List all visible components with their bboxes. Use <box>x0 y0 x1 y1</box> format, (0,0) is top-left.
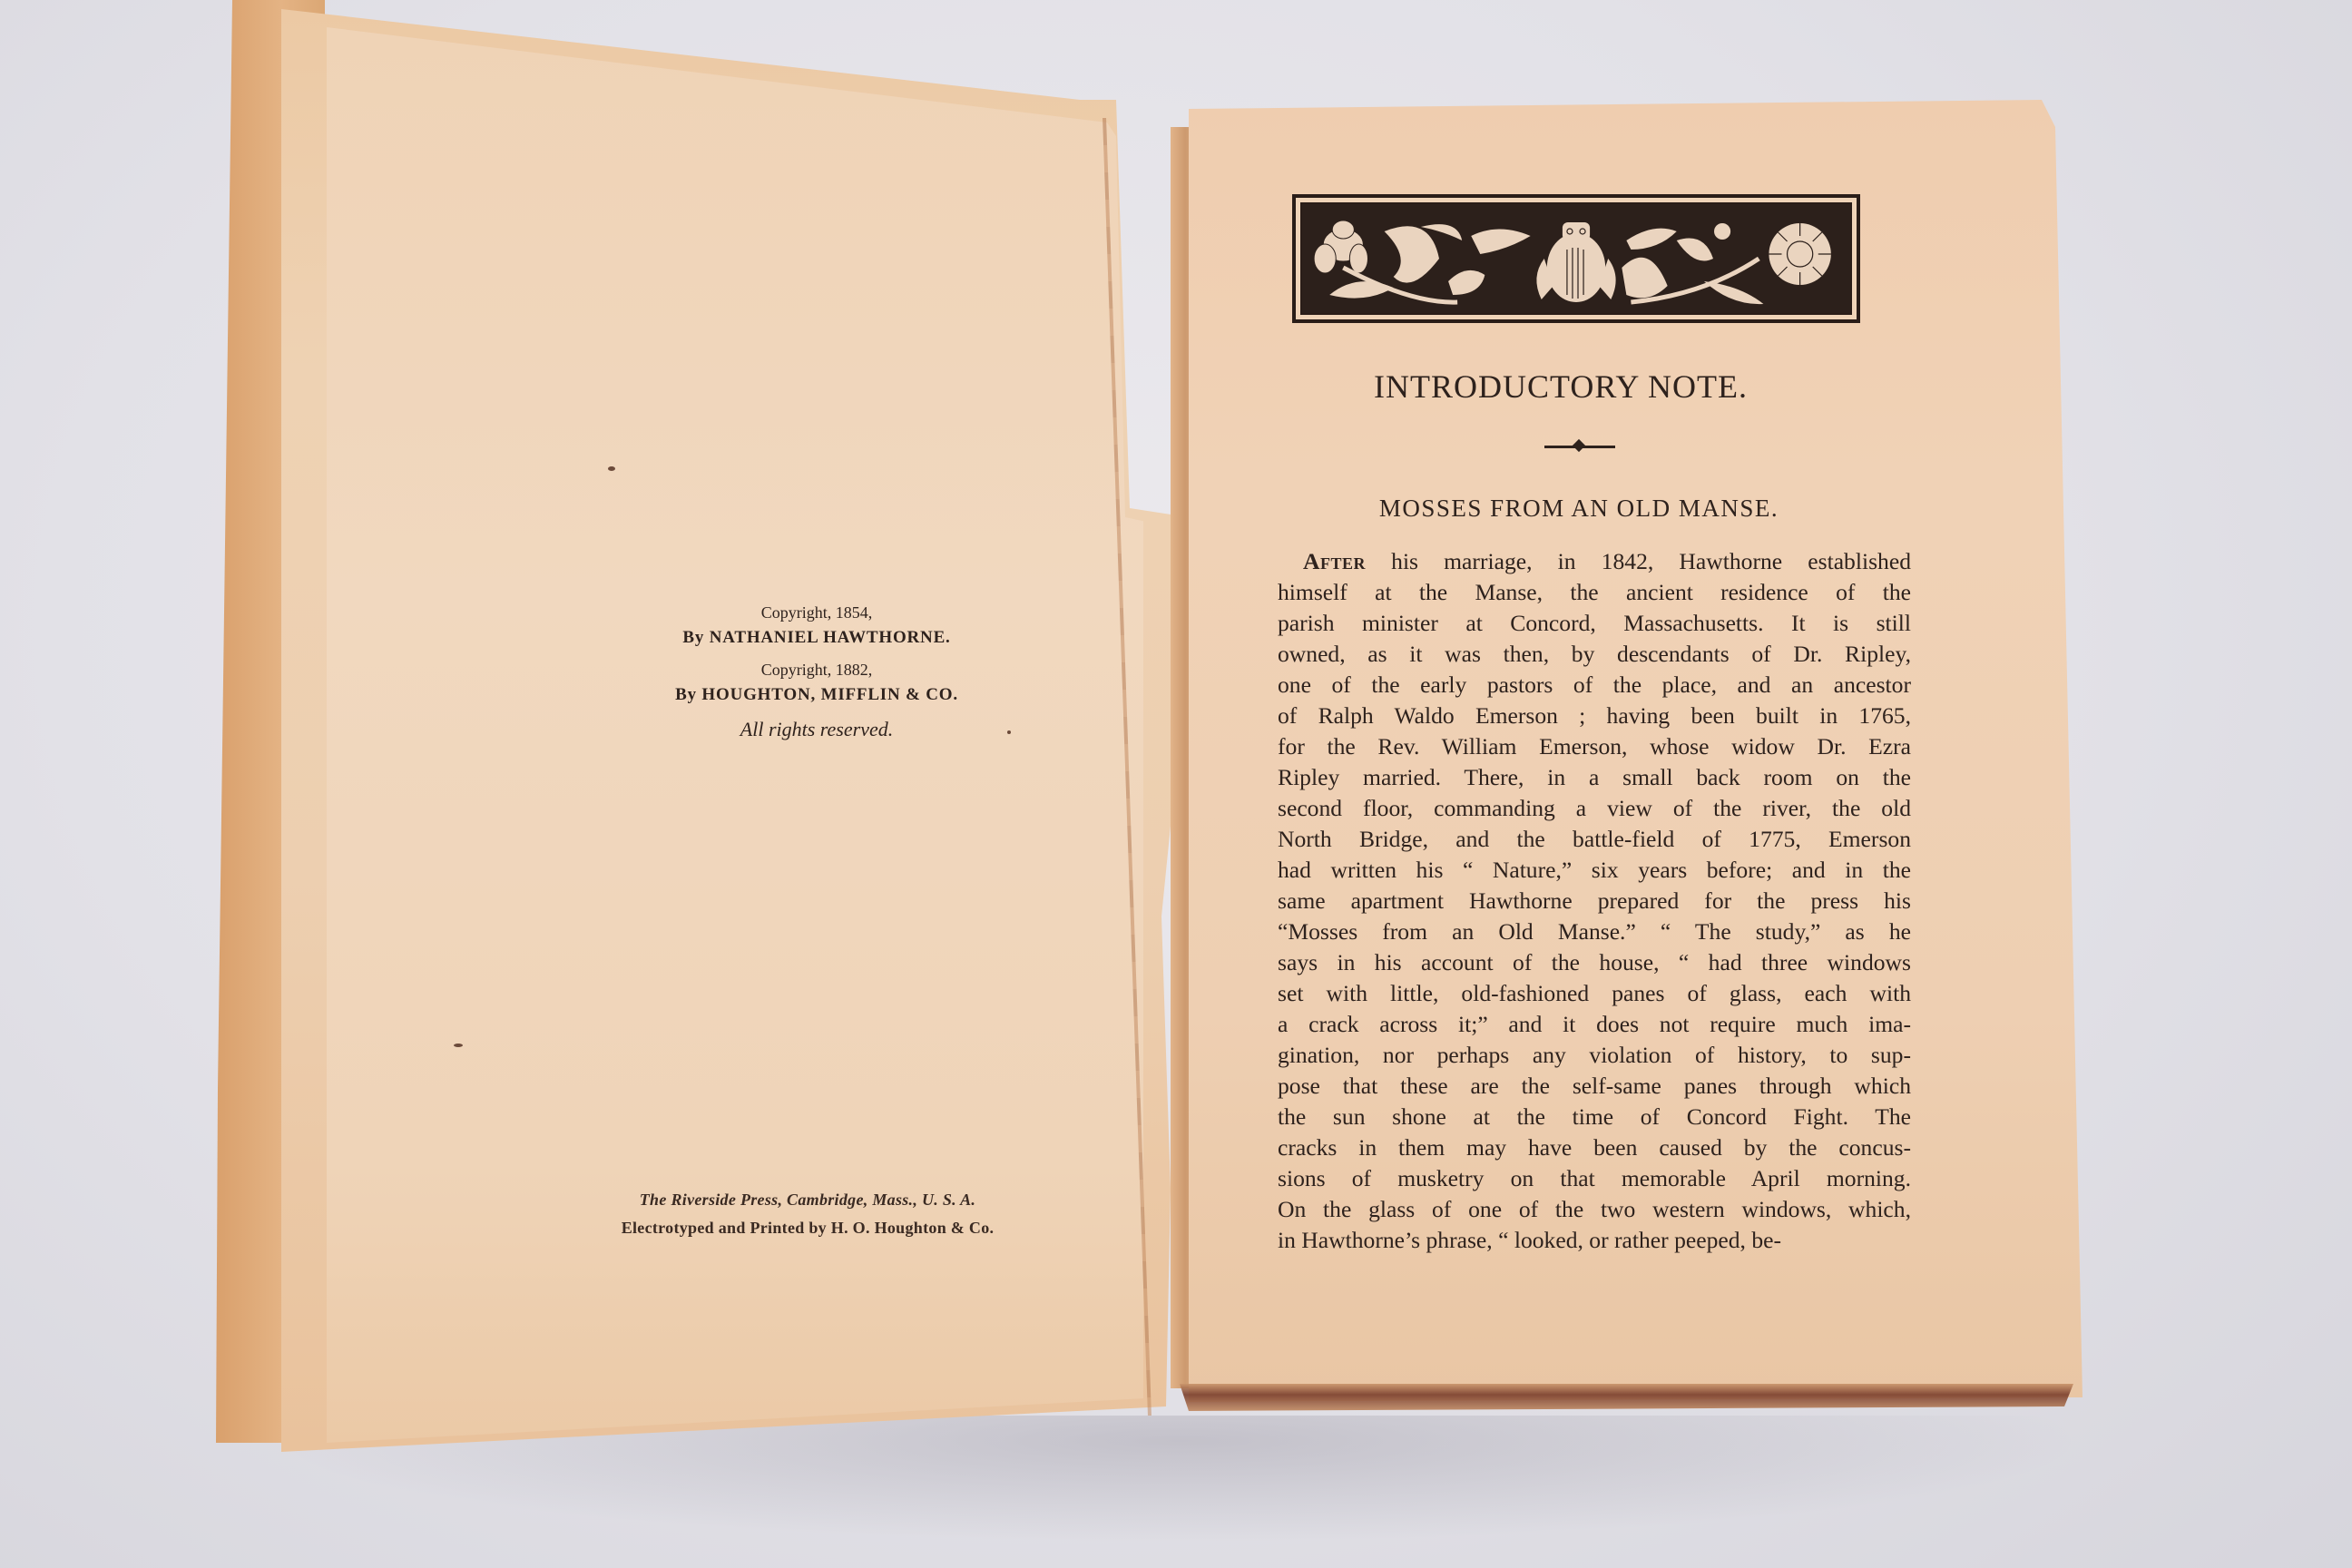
ornament-owl-birds-icon <box>1300 202 1852 315</box>
body-line: had written his “ Nature,” six years bef… <box>1278 855 1911 886</box>
copyright-block: Copyright, 1854, By NATHANIEL HAWTHORNE.… <box>635 603 998 741</box>
all-rights-reserved: All rights reserved. <box>635 718 998 741</box>
printer-imprint: The Riverside Press, Cambridge, Mass., U… <box>544 1191 1071 1238</box>
body-line: Ripley married. There, in a small back r… <box>1278 762 1911 793</box>
section-subtitle: MOSSES FROM AN OLD MANSE. <box>1343 495 1815 523</box>
body-paragraph: After his marriage, in 1842, Hawthorne e… <box>1278 546 1911 1256</box>
copyright-1854: Copyright, 1854, <box>635 603 998 622</box>
body-line: himself at the Manse, the ancient reside… <box>1278 577 1911 608</box>
copyright-holder-houghton: By HOUGHTON, MIFFLIN & CO. <box>635 685 998 705</box>
body-line: set with little, old-fashioned panes of … <box>1278 978 1911 1009</box>
body-line: owned, as it was then, by descendants of… <box>1278 639 1911 670</box>
body-line: After his marriage, in 1842, Hawthorne e… <box>1278 546 1911 577</box>
imprint-printer: Electrotyped and Printed by H. O. Hought… <box>544 1219 1071 1238</box>
copyright-holder-hawthorne: By NATHANIEL HAWTHORNE. <box>635 628 998 648</box>
imprint-press: The Riverside Press, Cambridge, Mass., U… <box>544 1191 1071 1210</box>
body-line: sions of musketry on that memorable Apri… <box>1278 1163 1911 1194</box>
lead-word: After <box>1303 548 1366 574</box>
body-line: On the glass of one of the two western w… <box>1278 1194 1911 1225</box>
body-line: says in his account of the house, “ had … <box>1278 947 1911 978</box>
body-line: one of the early pastors of the place, a… <box>1278 670 1911 701</box>
paper-speck <box>1007 730 1011 734</box>
page-block-edge <box>1180 1384 2078 1411</box>
paper-speck <box>608 466 615 471</box>
paper-speck <box>454 1044 463 1047</box>
body-line: second floor, commanding a view of the r… <box>1278 793 1911 824</box>
body-line: the sun shone at the time of Concord Fig… <box>1278 1102 1911 1132</box>
body-line: gination, nor perhaps any violation of h… <box>1278 1040 1911 1071</box>
body-line: same apartment Hawthorne prepared for th… <box>1278 886 1911 916</box>
body-line: a crack across it;” and it does not requ… <box>1278 1009 1911 1040</box>
body-line: “Mosses from an Old Manse.” “ The study,… <box>1278 916 1911 947</box>
copyright-1882: Copyright, 1882, <box>635 661 998 680</box>
body-line: pose that these are the self-same panes … <box>1278 1071 1911 1102</box>
body-line: parish minister at Concord, Massachusett… <box>1278 608 1911 639</box>
photo-scene: Copyright, 1854, By NATHANIEL HAWTHORNE.… <box>0 0 2352 1568</box>
body-line: of Ralph Waldo Emerson ; having been bui… <box>1278 701 1911 731</box>
body-line: in Hawthorne’s phrase, “ looked, or rath… <box>1278 1225 1911 1256</box>
page-title: INTRODUCTORY NOTE. <box>1334 367 1788 406</box>
body-line: North Bridge, and the battle-field of 17… <box>1278 824 1911 855</box>
floral-headpiece-ornament <box>1292 194 1860 323</box>
body-line: cracks in them may have been caused by t… <box>1278 1132 1911 1163</box>
body-line: for the Rev. William Emerson, whose wido… <box>1278 731 1911 762</box>
